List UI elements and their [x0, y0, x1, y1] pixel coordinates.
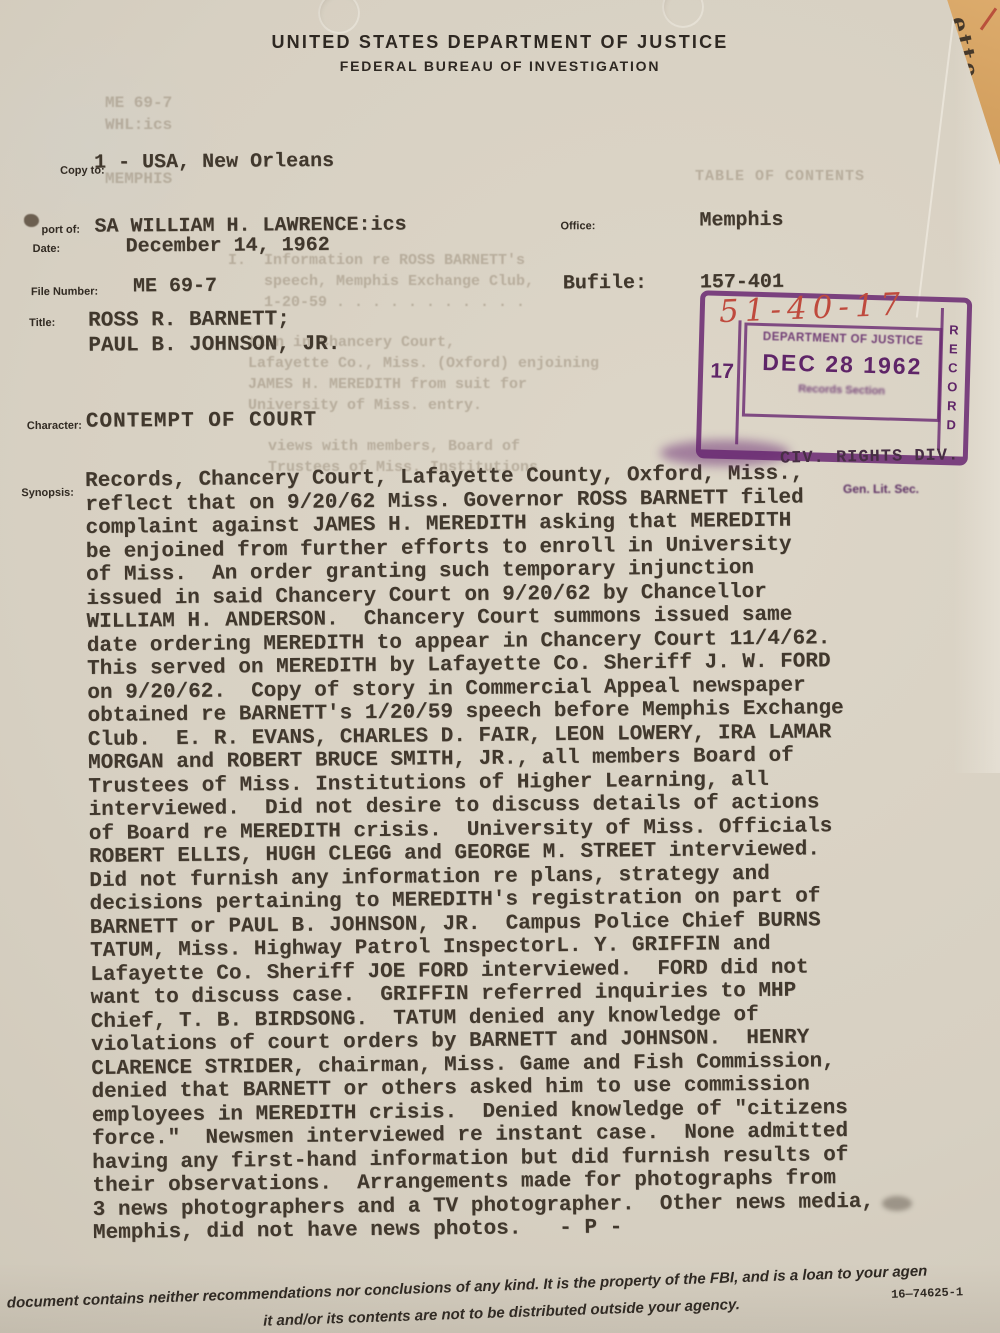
- date-label: Date:: [33, 243, 61, 255]
- character-label: Character:: [27, 420, 82, 432]
- bufile-label: Bufile:: [563, 272, 647, 296]
- report-of-label: port of:: [41, 224, 80, 236]
- file-number-value: ME 69-7: [133, 275, 217, 299]
- civ-rights-div-stamp: CIV. RIGHTS DIV.: [780, 446, 960, 468]
- synopsis-text: Records, Chancery Court, Lafayette Count…: [85, 461, 973, 1246]
- stamp-ink-smear: [660, 440, 790, 466]
- document-page: ette ME 69-7 WHL:ics MEMPHIS TABLE OF CO…: [0, 0, 1000, 1333]
- bottom-shadow: [0, 1263, 1000, 1333]
- file-number-label: File Number:: [31, 286, 98, 298]
- title-value: ROSS R. BARNETT; PAUL B. JOHNSON, JR.: [88, 307, 340, 359]
- copy-to-value: 1 - USA, New Orleans: [94, 150, 334, 175]
- character-value: CONTEMPT OF COURT: [86, 409, 317, 434]
- date-value: December 14, 1962: [126, 234, 330, 258]
- title-label: Title:: [29, 317, 55, 329]
- synopsis-label: Synopsis:: [21, 487, 74, 499]
- stamp-record-strip: RECORD: [937, 308, 965, 451]
- office-label: Office:: [560, 220, 595, 232]
- gen-lit-sec-stamp: Gen. Lit. Sec.: [843, 482, 919, 496]
- stamp-number-17: 17: [707, 359, 738, 384]
- stamp-inner-box: DEPARTMENT OF JUSTICE DEC 28 1962 Record…: [742, 322, 943, 421]
- stamp-section-text: Records Section: [746, 382, 938, 399]
- office-value: Memphis: [699, 209, 783, 233]
- stamp-record-text: RECORD: [943, 322, 961, 436]
- stamp-date: DEC 28 1962: [746, 349, 939, 381]
- stamp-agency-text: DEPARTMENT OF JUSTICE: [747, 331, 939, 348]
